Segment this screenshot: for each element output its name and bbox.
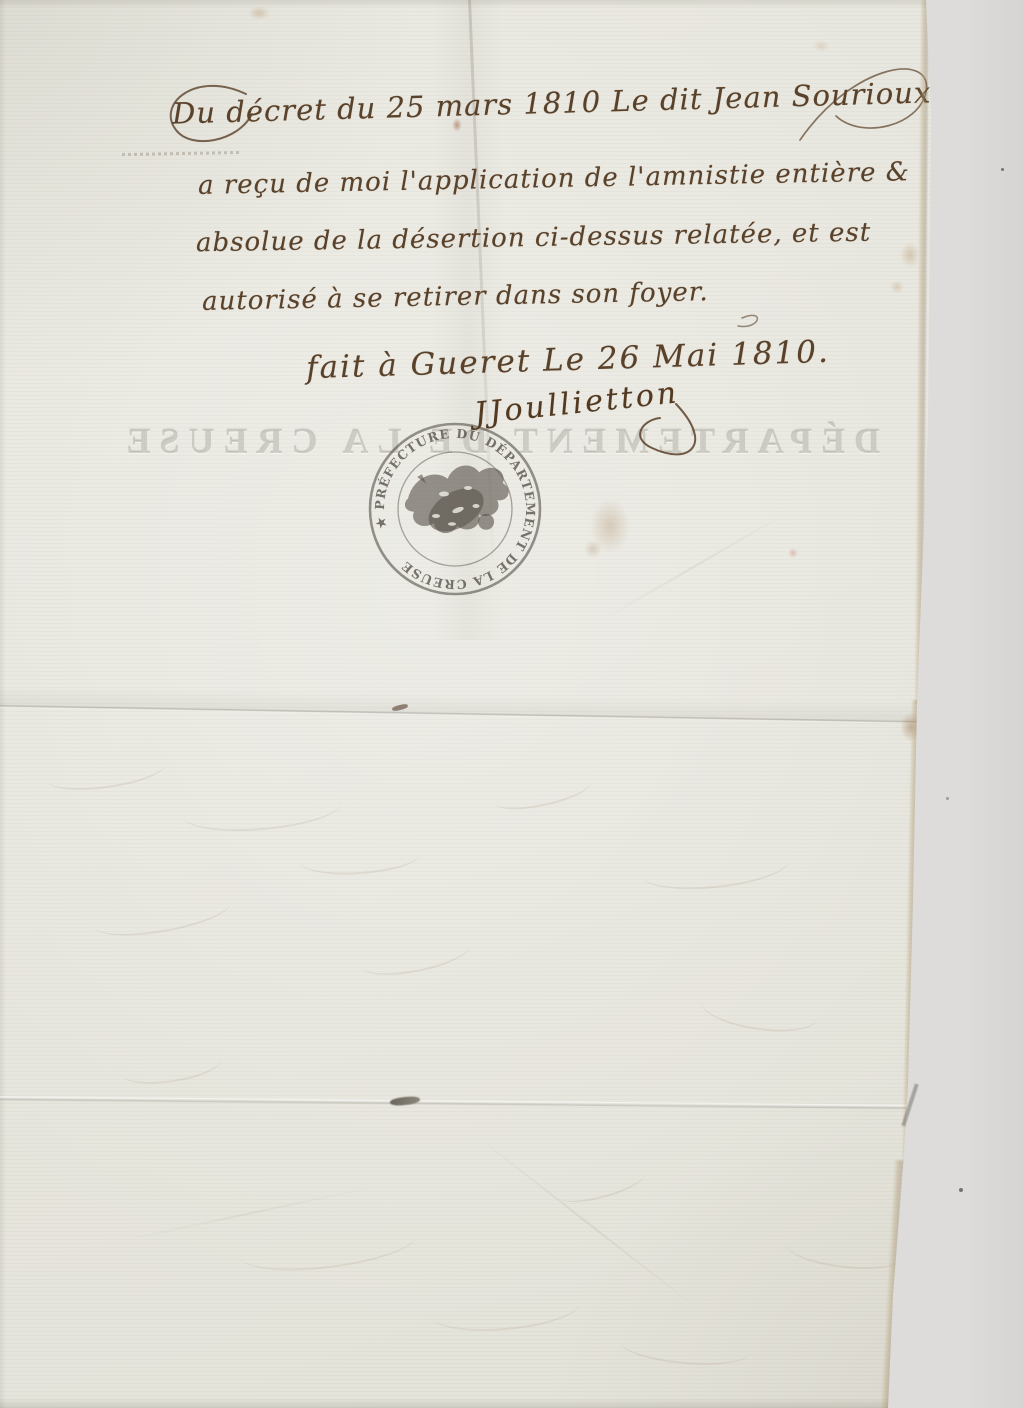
- dust-speck: [946, 797, 949, 800]
- handwritten-line-1: Du décret du 25 mars 1810 Le dit Jean So…: [172, 75, 932, 130]
- paper-sheet: DÉPARTEMENT DE LA CREUSE Du décret du 25…: [0, 0, 945, 1408]
- ink-flourishes: [0, 0, 1024, 1408]
- foxing-stain: [788, 548, 798, 558]
- handwritten-line-4: autorisé à se retirer dans son foyer.: [202, 277, 709, 317]
- ghost-stroke: [638, 838, 792, 895]
- ghost-stroke: [236, 1211, 420, 1279]
- horizontal-fold-crease-lower: [0, 1096, 942, 1110]
- ghost-stroke: [619, 1324, 751, 1369]
- paper-bottom-shadow: [0, 1398, 945, 1408]
- prefecture-stamp: ★ PRÉFECTURE DU DÉPARTEMENT DE LA CREUSE: [360, 414, 550, 604]
- scanner-bed-shade: [964, 0, 1024, 1408]
- ghost-stroke: [180, 781, 343, 837]
- paper-left-shadow: [0, 0, 6, 1408]
- ghost-stroke: [358, 930, 472, 982]
- foxing-stain: [590, 498, 630, 554]
- dust-speck: [959, 1188, 963, 1192]
- ghost-stroke: [299, 838, 421, 878]
- show-through-dotted-line: [122, 151, 240, 156]
- paper-slit: [390, 1095, 421, 1106]
- horizontal-fold-crease-upper: [0, 704, 938, 724]
- foxing-stain: [584, 540, 602, 558]
- handwritten-line-2: a reçu de moi l'application de l'amnisti…: [198, 157, 910, 201]
- horizontal-fold-shadow: [0, 686, 938, 720]
- dust-speck: [1001, 168, 1004, 171]
- prefecture-stamp-svg: ★ PRÉFECTURE DU DÉPARTEMENT DE LA CREUSE: [360, 414, 550, 604]
- ghost-stroke: [490, 768, 594, 816]
- imperial-eagle-icon: [401, 460, 515, 545]
- ghost-stroke: [428, 1282, 581, 1337]
- ghost-stroke: [554, 1161, 648, 1209]
- paper-top-shadow: [0, 0, 945, 8]
- scanned-document: DÉPARTEMENT DE LA CREUSE Du décret du 25…: [0, 0, 1024, 1408]
- foxing-stain: [248, 6, 270, 20]
- crease-ink-mark: [392, 703, 409, 712]
- handwritten-dateline: fait à Gueret Le 26 Mai 1810.: [306, 334, 831, 386]
- handwritten-line-3: absolue de la désertion ci-dessus relaté…: [196, 218, 872, 259]
- wrinkle-line: [600, 510, 792, 622]
- ghost-stroke: [120, 1044, 223, 1089]
- ghost-stroke: [698, 980, 823, 1038]
- foxing-stain: [812, 40, 830, 52]
- wrinkle-line: [469, 1130, 707, 1316]
- ghost-stroke: [90, 884, 234, 944]
- foxing-stain: [890, 280, 904, 294]
- ghost-stroke: [44, 748, 167, 796]
- wrinkle-line: [120, 1186, 375, 1242]
